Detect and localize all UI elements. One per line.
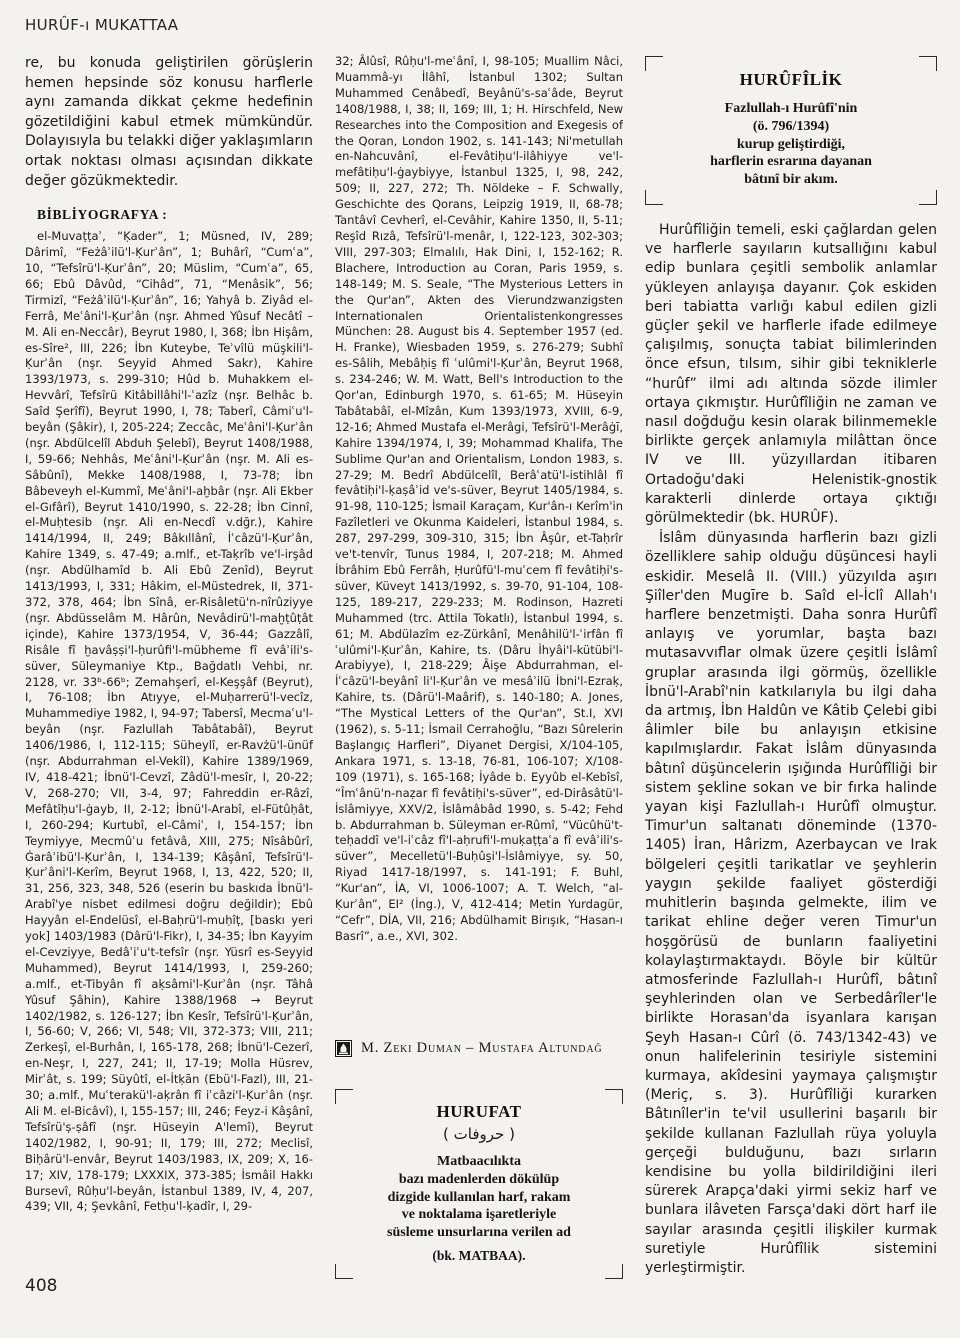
hurufat-definition: Matbaacılıkta bazı madenlerden dökülüp d… (349, 1153, 609, 1242)
running-header: HURÛF-ı MUKATTAA (25, 16, 178, 34)
corner-bracket-icon (919, 190, 937, 205)
author-signature: M. Zeki Duman – Mustafa Altundağ (335, 1040, 623, 1057)
corner-bracket-icon (645, 56, 663, 71)
corner-bracket-icon (605, 1089, 623, 1104)
bibliography-heading: BİBLİYOGRAFYA : (25, 207, 313, 223)
column-1: re, bu konuda geliştirilen görüşlerin he… (25, 54, 313, 1271)
hurufat-cross-reference: (bk. MATBAA). (349, 1248, 609, 1264)
hurufilik-paragraph-1: Hurûfîliğin temeli, eski çağlardan gelen… (645, 221, 937, 528)
corner-bracket-icon (335, 1089, 353, 1104)
author-names: M. Zeki Duman – Mustafa Altundağ (361, 1040, 602, 1057)
corner-bracket-icon (605, 1264, 623, 1279)
corner-bracket-icon (919, 56, 937, 71)
bibliography-text-col1: el-Muvaṭṭaʾ, “Ḳader”, 1; Müsned, IV, 289… (25, 229, 313, 1271)
corner-bracket-icon (335, 1264, 353, 1279)
corner-bracket-icon (645, 190, 663, 205)
bibliography-text-col2: 32; Âlûsî, Rûḥu'l-meʿânî, I, 98-105; Mua… (335, 54, 623, 1030)
tdv-logo-icon (335, 1040, 352, 1057)
hurufilik-title-box: HURÛFÎLİK Fazlullah-ı Hurûfî'nin (ö. 796… (645, 56, 937, 205)
hurufilik-paragraph-2: İslâm dünyasında harflerin bazı gizli öz… (645, 529, 937, 1278)
column-2: 32; Âlûsî, Rûḥu'l-meʿânî, I, 98-105; Mua… (335, 54, 623, 1279)
page-number: 408 (25, 1276, 57, 1296)
encyclopedia-page: HURÛF-ı MUKATTAA re, bu konuda geliştiri… (0, 0, 960, 1338)
article-continuation-text: re, bu konuda geliştirilen görüşlerin he… (25, 54, 313, 191)
column-3: HURÛFÎLİK Fazlullah-ı Hurûfî'nin (ö. 796… (645, 56, 937, 1278)
hurufat-title-box: HURUFAT ( حروفات ) Matbaacılıkta bazı ma… (335, 1089, 623, 1279)
hurufat-title: HURUFAT (349, 1102, 609, 1122)
hurufat-arabic-title: ( حروفات ) (349, 1125, 609, 1143)
hurufilik-title: HURÛFÎLİK (657, 70, 925, 90)
hurufilik-definition: Fazlullah-ı Hurûfî'nin (ö. 796/1394) kur… (657, 100, 925, 189)
